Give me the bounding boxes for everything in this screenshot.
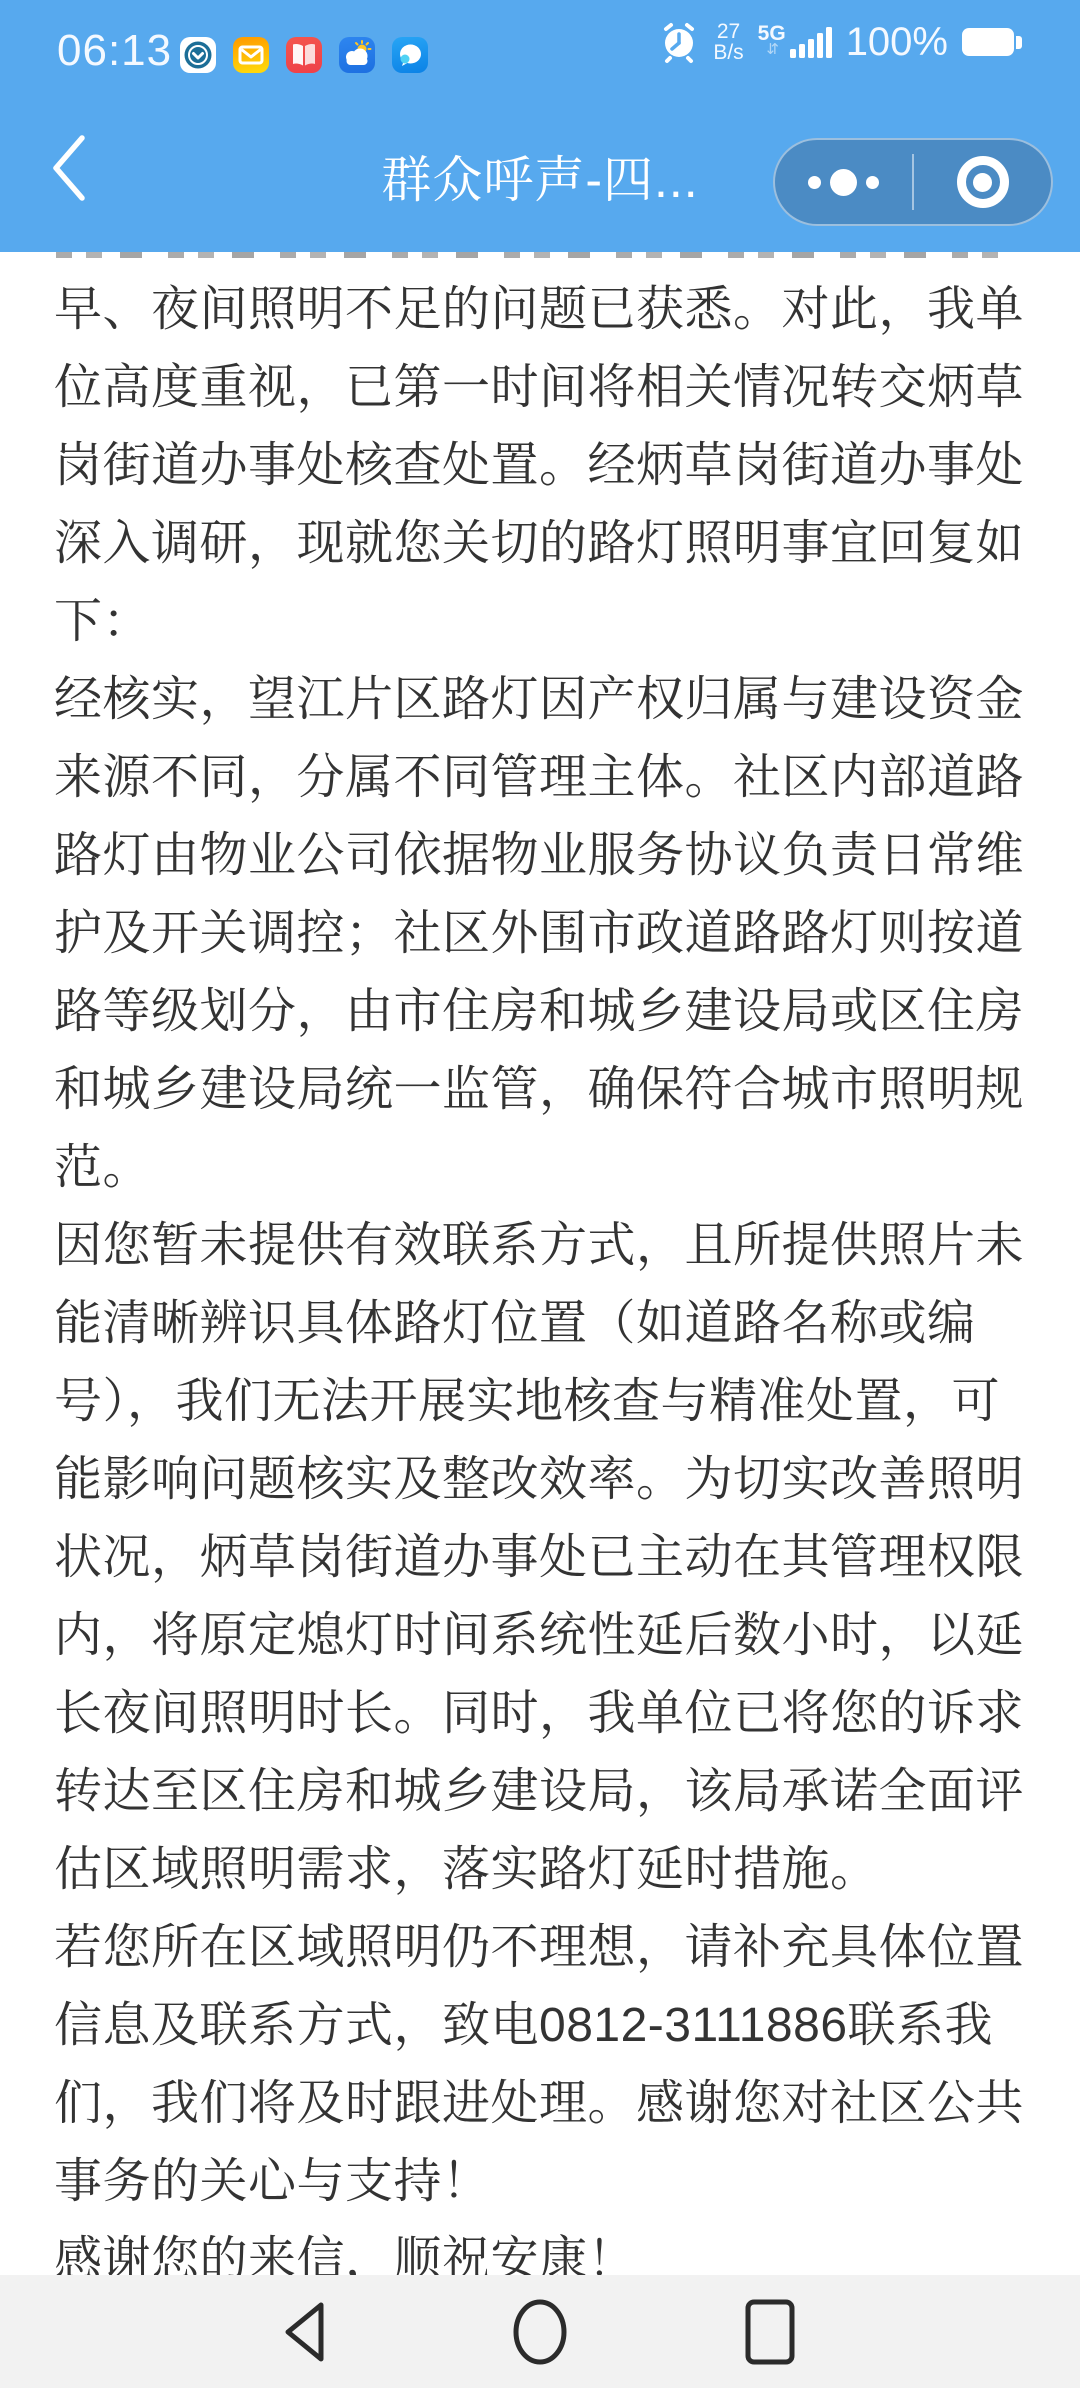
nav-back-button[interactable] — [275, 2297, 345, 2367]
notification-icons — [180, 37, 428, 73]
body-text-line: 事务的关心与支持！ — [54, 2143, 1064, 2221]
more-menu-button[interactable] — [775, 140, 912, 224]
more-dots-icon — [808, 169, 879, 196]
body-text-line: 早、夜间照明不足的问题已获悉。对此，我单 — [54, 271, 1064, 349]
signal-bars-icon: 5G ⇵ — [758, 26, 832, 58]
body-text-line: 下： — [54, 583, 1064, 661]
body-text-line: 感谢您的来信，顺祝安康！ — [54, 2221, 1064, 2275]
clipped-text-fragment — [56, 252, 1002, 258]
body-text-line: 来源不同，分属不同管理主体。社区内部道路 — [54, 739, 1064, 817]
mail-app-icon — [233, 37, 269, 73]
body-text-line: 长夜间照明时长。同时，我单位已将您的诉求 — [54, 1675, 1064, 1753]
body-text-line: 号），我们无法开展实地核查与精准处置，可 — [54, 1363, 1064, 1441]
signal-strength-bars — [790, 26, 832, 58]
network-speed-value: 27 — [717, 21, 740, 42]
nav-recents-button[interactable] — [735, 2297, 805, 2367]
network-speed: 27 B/s — [713, 21, 743, 63]
body-text-line: 路灯由物业公司依据物业服务协议负责日常维 — [54, 817, 1064, 895]
network-speed-unit: B/s — [713, 42, 743, 63]
body-text-line: 护及开关调控；社区外围市政道路路灯则按道 — [54, 895, 1064, 973]
nav-home-button[interactable] — [505, 2297, 575, 2367]
body-text-line: 和城乡建设局统一监管，确保符合城市照明规 — [54, 1051, 1064, 1129]
body-text-line: 能影响问题核实及整改效率。为切实改善照明 — [54, 1441, 1064, 1519]
updown-arrows-icon: ⇵ — [766, 42, 777, 58]
battery-percent: 100% — [846, 20, 948, 65]
reader-app-icon — [286, 37, 322, 73]
android-nav-bar — [0, 2275, 1080, 2388]
status-right-cluster: 27 B/s 5G ⇵ 100% — [659, 0, 1022, 84]
body-text-line: 经核实，望江片区路灯因产权归属与建设资金 — [54, 661, 1064, 739]
page-content[interactable]: 早、夜间照明不足的问题已获悉。对此，我单位高度重视，已第一时间将相关情况转交炳草… — [0, 252, 1080, 2275]
status-time: 06:13 — [57, 26, 172, 76]
weather-app-icon — [339, 37, 375, 73]
body-text-line: 深入调研，现就您关切的路灯照明事宜回复如 — [54, 505, 1064, 583]
page-title: 群众呼声-四... — [381, 140, 698, 212]
top-blue-region: 06:13 — [0, 0, 1080, 252]
miniprogram-capsule — [773, 138, 1053, 226]
network-type-label: 5G — [758, 26, 786, 42]
body-text-line: 范。 — [54, 1129, 1064, 1207]
exit-button[interactable] — [914, 140, 1051, 224]
body-text-line: 们，我们将及时跟进处理。感谢您对社区公共 — [54, 2065, 1064, 2143]
body-text-line: 内，将原定熄灯时间系统性延后数小时，以延 — [54, 1597, 1064, 1675]
body-text: 早、夜间照明不足的问题已获悉。对此，我单位高度重视，已第一时间将相关情况转交炳草… — [54, 271, 1064, 2275]
messages-app-icon — [392, 37, 428, 73]
body-text-line: 信息及联系方式，致电0812-3111886联系我 — [54, 1987, 1064, 2065]
phone-screen: 06:13 — [0, 0, 1080, 2388]
body-text-line: 因您暂未提供有效联系方式，且所提供照片未 — [54, 1207, 1064, 1285]
alarm-icon — [659, 20, 699, 64]
body-text-line: 位高度重视，已第一时间将相关情况转交炳草 — [54, 349, 1064, 427]
body-text-line: 能清晰辨识具体路灯位置（如道路名称或编 — [54, 1285, 1064, 1363]
body-text-line: 估区域照明需求，落实路灯延时措施。 — [54, 1831, 1064, 1909]
body-text-line: 转达至区住房和城乡建设局，该局承诺全面评 — [54, 1753, 1064, 1831]
back-button[interactable] — [44, 132, 100, 204]
status-bar: 06:13 — [0, 0, 1080, 84]
battery-icon — [962, 28, 1022, 56]
body-text-line: 岗街道办事处核查处置。经炳草岗街道办事处 — [54, 427, 1064, 505]
exit-target-icon — [957, 156, 1009, 208]
body-text-line: 若您所在区域照明仍不理想，请补充具体位置 — [54, 1909, 1064, 1987]
body-text-line: 路等级划分，由市住房和城乡建设局或区住房 — [54, 973, 1064, 1051]
app-header: 群众呼声-四... — [0, 84, 1080, 252]
security-app-icon — [180, 37, 216, 73]
body-text-line: 状况，炳草岗街道办事处已主动在其管理权限 — [54, 1519, 1064, 1597]
